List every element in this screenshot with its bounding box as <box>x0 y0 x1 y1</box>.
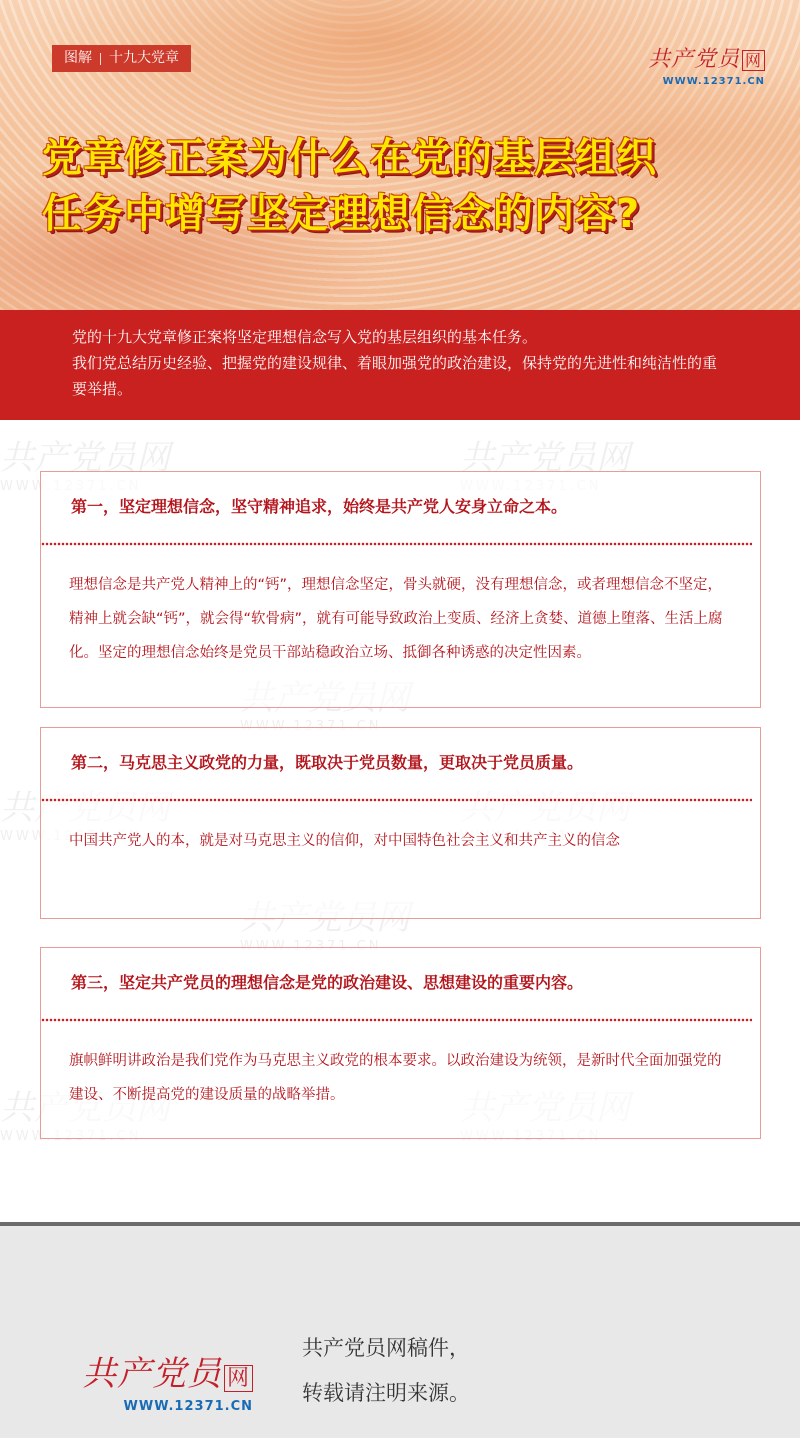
credit-line-1: 共产党员网稿件， <box>302 1326 470 1371</box>
tag-label-topic: 十九大党章 <box>109 45 179 72</box>
section-card-3: 第三，坚定共产党员的理想信念是党的政治建设、思想建设的重要内容。 旗帜鲜明讲政治… <box>40 947 761 1139</box>
intro-line-2: 我们党总结历史经验、把握党的建设规律、着眼加强党的政治建设，保持党的先进性和纯洁… <box>72 350 728 402</box>
logo-wordmark: 共产党员网 <box>648 42 765 73</box>
intro-banner: 党的十九大党章修正案将坚定理想信念写入党的基层组织的基本任务。 我们党总结历史经… <box>0 310 800 420</box>
section-body: 中国共产党人的本，就是对马克思主义的信仰，对中国特色社会主义和共产主义的信念 <box>41 802 760 858</box>
tag-label-illustrated: 图解 <box>64 45 92 72</box>
site-logo[interactable]: 共产党员网 WWW.12371.CN <box>648 42 765 87</box>
logo-wordmark: 共产党员网 <box>82 1346 253 1395</box>
logo-url: WWW.12371.CN <box>648 76 765 87</box>
section-body: 旗帜鲜明讲政治是我们党作为马克思主义政党的根本要求。以政治建设为统领，是新时代全… <box>41 1022 760 1112</box>
footer-logo[interactable]: 共产党员网 WWW.12371.CN <box>82 1346 253 1414</box>
title-line-1: 党章修正案为什么在党的基层组织 <box>42 130 772 186</box>
title-line-2: 任务中增写坚定理想信念的内容? <box>42 186 772 242</box>
section-heading: 第三，坚定共产党员的理想信念是党的政治建设、思想建设的重要内容。 <box>41 948 760 1018</box>
section-body: 理想信念是共产党人精神上的“钙”，理想信念坚定，骨头就硬，没有理想信念，或者理想… <box>41 546 760 670</box>
section-card-1: 第一，坚定理想信念，坚守精神追求，始终是共产党人安身立命之本。 理想信念是共产党… <box>40 471 761 708</box>
copyright-notice: 共产党员网稿件， 转载请注明来源。 <box>302 1326 470 1416</box>
category-tag[interactable]: 图解 十九大党章 <box>52 45 191 72</box>
logo-url: WWW.12371.CN <box>82 1399 253 1414</box>
footer: 共产党员网 WWW.12371.CN 共产党员网稿件， 转载请注明来源。 <box>0 1226 800 1438</box>
tag-divider <box>100 53 101 65</box>
section-card-2: 第二，马克思主义政党的力量，既取决于党员数量，更取决于党员质量。 中国共产党人的… <box>40 727 761 919</box>
intro-line-1: 党的十九大党章修正案将坚定理想信念写入党的基层组织的基本任务。 <box>72 324 728 350</box>
section-heading: 第二，马克思主义政党的力量，既取决于党员数量，更取决于党员质量。 <box>41 728 760 798</box>
section-heading: 第一，坚定理想信念，坚守精神追求，始终是共产党人安身立命之本。 <box>41 472 760 542</box>
page-title: 党章修正案为什么在党的基层组织 任务中增写坚定理想信念的内容? <box>42 130 772 242</box>
header-banner: 图解 十九大党章 共产党员网 WWW.12371.CN 党章修正案为什么在党的基… <box>0 0 800 310</box>
credit-line-2: 转载请注明来源。 <box>302 1371 470 1416</box>
